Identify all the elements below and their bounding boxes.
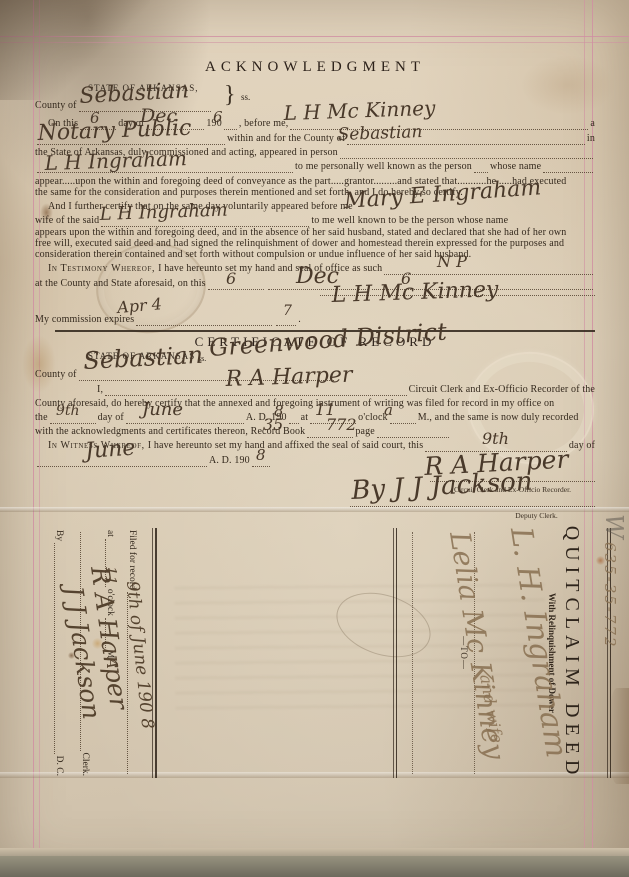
husband-name-handwriting: L H Ingraham xyxy=(99,202,228,224)
panel-blank-area xyxy=(157,518,393,788)
print-text: whose name xyxy=(490,161,541,173)
expiry-handwriting: Apr 4 xyxy=(117,296,163,316)
filing-block: Filed for record at o'clock M. Clerk. By… xyxy=(54,530,138,776)
print-text: M., and the same is now duly recorded xyxy=(418,412,579,424)
notary-name-handwriting: L H Mc Kinney xyxy=(283,98,435,123)
print-text: consideration therein contained and set … xyxy=(35,249,471,261)
scan-background-strip xyxy=(0,856,629,877)
grantee-line xyxy=(412,532,413,774)
clerk-name-handwriting: R A Harper xyxy=(225,365,353,391)
dotted-leader xyxy=(136,315,272,326)
print-text: A. D. 190 xyxy=(209,455,250,467)
deputy-signature-handwriting: By J J Jackson xyxy=(351,469,534,504)
dotted-leader xyxy=(390,413,416,424)
dotted-leader xyxy=(377,427,449,438)
print-text: a xyxy=(590,118,595,130)
witness-month-handwriting: June xyxy=(84,438,136,463)
form-line-11: consideration therein contained and set … xyxy=(35,249,595,261)
dotted-leader xyxy=(224,119,237,130)
record-book-handwriting: 35 xyxy=(263,417,283,433)
filed-month-handwriting: June xyxy=(142,401,183,419)
print-text: Clerk. xyxy=(80,753,90,776)
print-text: to me personally well known as the perso… xyxy=(295,161,472,173)
page-number-handwriting: 772 xyxy=(326,417,357,433)
print-text: within and for the County of xyxy=(227,133,345,145)
print-text: County of xyxy=(35,100,77,112)
parties-block: L. H. Ingraham and wife —TO— Lelia Mc Ki… xyxy=(397,518,545,788)
dotted-leader xyxy=(474,162,488,173)
office-handwriting: Notary Public xyxy=(37,118,192,145)
print-text: to me well known to be the person whose … xyxy=(311,215,508,227)
print-text: County of xyxy=(35,369,77,381)
grantor-person-handwriting: L H Ingraham xyxy=(44,148,187,173)
witness-day-handwriting: 9th xyxy=(482,431,509,447)
county-handwriting-2: Sebastian xyxy=(83,343,204,373)
notary-signature-handwriting: L H Mc Kinney xyxy=(331,279,499,307)
deputy-signature-line xyxy=(350,506,595,507)
print-text: page xyxy=(355,426,374,438)
print-text: at xyxy=(301,412,309,424)
acknowledgment-title: ACKNOWLEDGMENT xyxy=(35,59,595,76)
print-text: Circuit Clerk and Ex-Officio Recorder of… xyxy=(409,384,595,396)
print-text: at xyxy=(105,530,115,537)
by-row: By D. C. xyxy=(54,530,65,776)
dotted-leader xyxy=(384,264,593,275)
print-text: . xyxy=(298,314,301,326)
print-text: day of xyxy=(569,440,595,452)
print-text: , before me, xyxy=(239,118,289,130)
dotted-leader xyxy=(289,413,299,424)
filed-day-handwriting: 9th xyxy=(56,404,80,418)
witness-year-handwriting: 8 xyxy=(256,448,266,463)
pencil-mark-wrapper: W xyxy=(598,514,626,566)
print-text: D. C. xyxy=(54,756,64,776)
print-text: I, xyxy=(97,384,103,396)
spacer xyxy=(37,386,95,396)
ampm-handwriting: a xyxy=(384,403,393,418)
print-text: In Testimony Whereof, xyxy=(48,263,155,275)
dotted-leader xyxy=(543,162,593,173)
print-text: By xyxy=(54,530,64,541)
print-text: at the County and State aforesaid, on th… xyxy=(35,278,206,290)
print-text: I have hereunto set my hand and seal of … xyxy=(158,263,382,275)
print-text: in xyxy=(587,133,595,145)
expiry-year-handwriting: 7 xyxy=(283,304,292,318)
print-text: wife of the said xyxy=(35,215,99,227)
print-text: County aforesaid, do hereby certify that… xyxy=(35,398,554,410)
left-margin-rule-outer xyxy=(33,0,34,877)
print-text: the xyxy=(35,412,48,424)
print-text: I have hereunto set my hand and affixed … xyxy=(148,440,424,452)
year-handwriting: 6 xyxy=(213,110,223,125)
day2-handwriting: 6 xyxy=(226,271,236,287)
print-text: day of xyxy=(98,412,124,424)
dotted-leader xyxy=(54,543,65,754)
county-handwriting: Sebastian xyxy=(79,80,190,108)
grantee-name-handwriting: Lelia Mc Kinney xyxy=(445,530,509,762)
pencil-initial-handwriting: W xyxy=(600,514,628,539)
np-handwriting: N P xyxy=(437,254,467,270)
endorsement-panel: QUITCLAIM DEED With Relinquishment of Do… xyxy=(40,518,615,788)
county2-handwriting: Sebastian xyxy=(337,124,422,144)
dotted-leader xyxy=(340,148,593,159)
scanned-deed-document: ACKNOWLEDGMENT STATE OF ARKANSAS, } ss. … xyxy=(0,0,629,877)
